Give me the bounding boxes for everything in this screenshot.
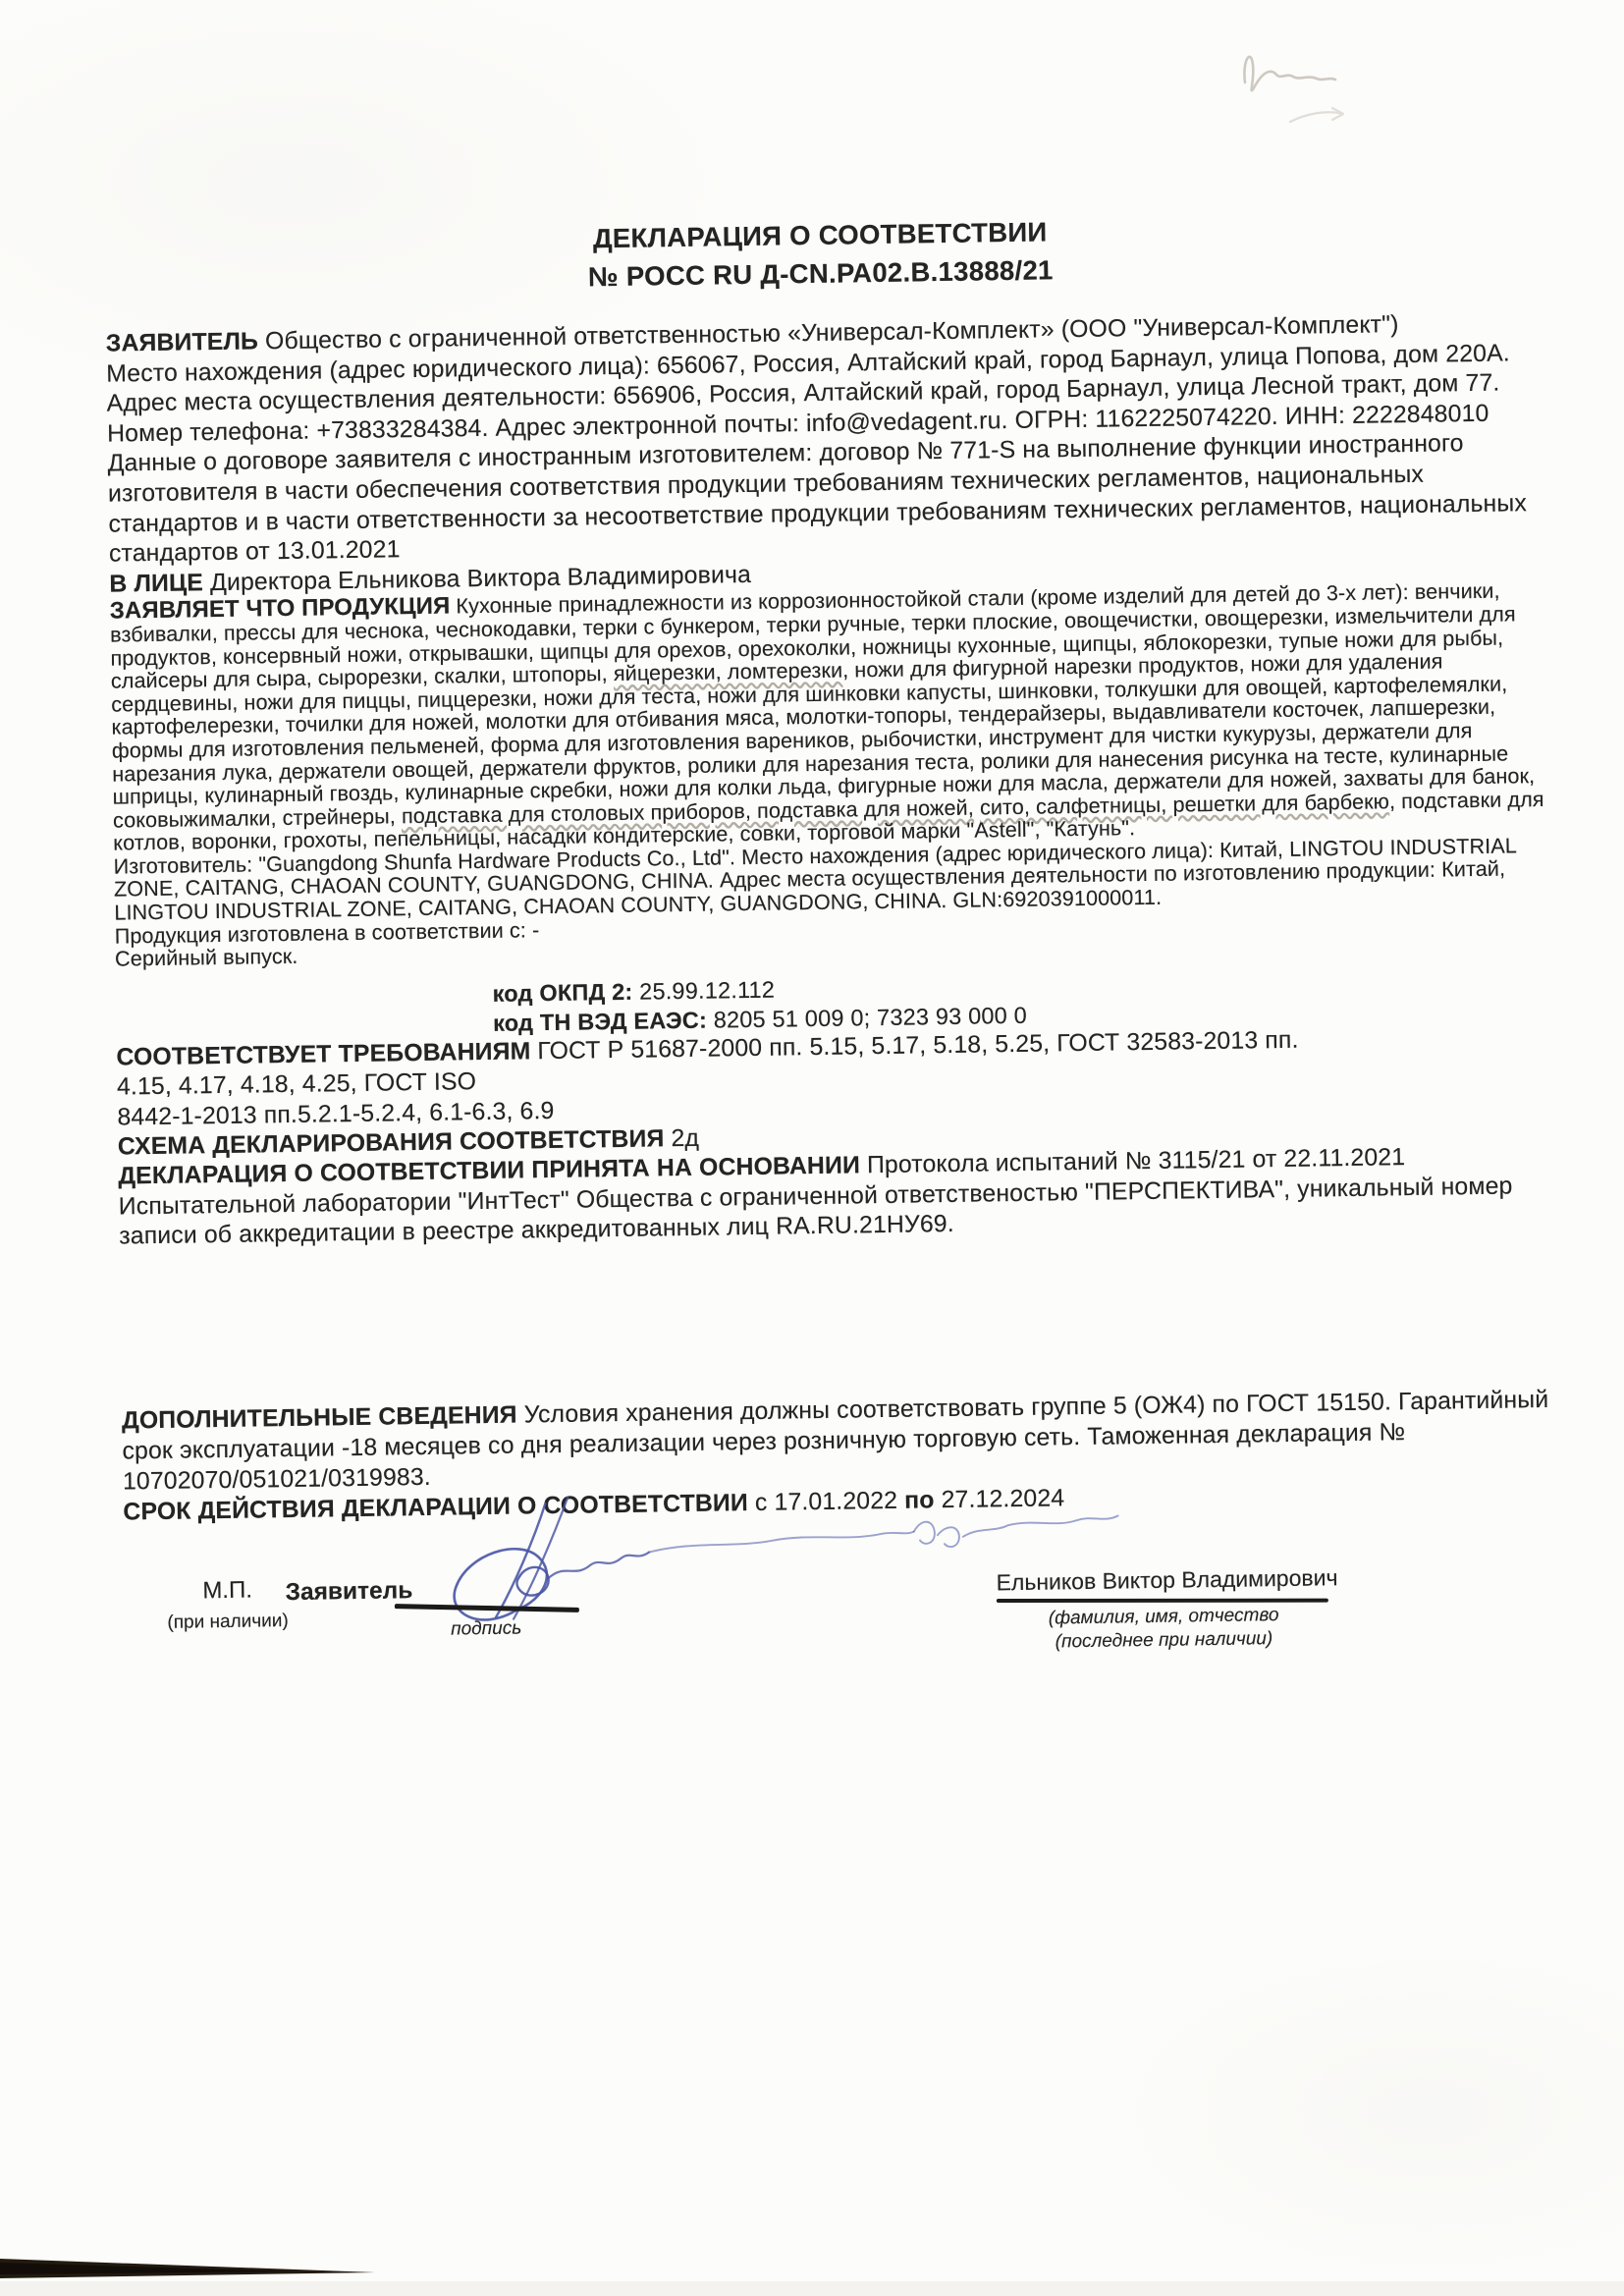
declarant-name: Ельников Виктор Владимирович: [996, 1555, 1330, 1596]
signature-section: М.П. (при наличии) Заявитель подпись: [124, 1552, 1557, 1740]
compliance-section: СООТВЕТСТВУЕТ ТРЕБОВАНИЯМ ГОСТ Р 51687-2…: [116, 1022, 1550, 1252]
pencil-mark: [1225, 31, 1432, 149]
signature-line: [395, 1604, 579, 1613]
signature-caption: подпись: [393, 1616, 579, 1641]
okpd-label: код ОКПД 2:: [492, 979, 632, 1007]
product-section: ЗАЯВЛЯЕТ ЧТО ПРОДУКЦИЯ Кухонные принадле…: [110, 578, 1546, 970]
stamp-place: М.П. (при наличии): [163, 1576, 292, 1634]
applicant-label: ЗАЯВИТЕЛЬ: [106, 328, 259, 356]
contract-paragraph: Данные о договоре заявителя с иностранны…: [107, 428, 1541, 570]
name-caption-line2: (последнее при наличии): [997, 1626, 1330, 1655]
declarant-name-area: Ельников Виктор Владимирович (фамилия, и…: [996, 1555, 1330, 1656]
complies-label: СООТВЕТСТВУЕТ ТРЕБОВАНИЯМ: [116, 1038, 530, 1070]
validity-from: с 17.01.2022: [748, 1487, 905, 1515]
stamp-label: М.П.: [163, 1576, 291, 1606]
validity-to: 27.12.2024: [934, 1485, 1064, 1513]
name-underline: [997, 1598, 1328, 1602]
okpd-value: 25.99.12.112: [632, 976, 775, 1004]
document-content: ДЕКЛАРАЦИЯ О СООТВЕТСТВИИ № РОСС RU Д-CN…: [104, 209, 1558, 1739]
product-paragraph: ЗАЯВЛЯЕТ ЧТО ПРОДУКЦИЯ Кухонные принадле…: [110, 578, 1545, 854]
additional-info-label: ДОПОЛНИТЕЛЬНЫЕ СВЕДЕНИЯ: [122, 1401, 517, 1434]
applicant-section: ЗАЯВИТЕЛЬ Общество с ограниченной ответс…: [106, 308, 1542, 600]
additional-info-section: ДОПОЛНИТЕЛЬНЫЕ СВЕДЕНИЯ Условия хранения…: [122, 1385, 1555, 1528]
validity-po: по: [904, 1487, 935, 1513]
underlined-text: сито, салфетницы, решетки для барбекю: [980, 789, 1389, 819]
applicant-signature-label: Заявитель: [285, 1577, 412, 1607]
scheme-value: 2д: [664, 1125, 699, 1153]
validity-label: СРОК ДЕЙСТВИЯ ДЕКЛАРАЦИИ О СООТВЕТСТВИИ: [123, 1490, 748, 1525]
scan-edge-shade: [0, 2281, 1624, 2296]
scanned-document-page: ДЕКЛАРАЦИЯ О СООТВЕТСТВИИ № РОСС RU Д-CN…: [0, 0, 1624, 2296]
tnved-value: 8205 51 009 0; 7323 93 000 0: [707, 1003, 1027, 1033]
in-person-label: В ЛИЦЕ: [109, 570, 203, 597]
tnved-label: код ТН ВЭД ЕАЭС:: [493, 1007, 707, 1035]
signature-area: подпись: [392, 1565, 618, 1568]
stamp-note: (при наличии): [164, 1611, 292, 1634]
